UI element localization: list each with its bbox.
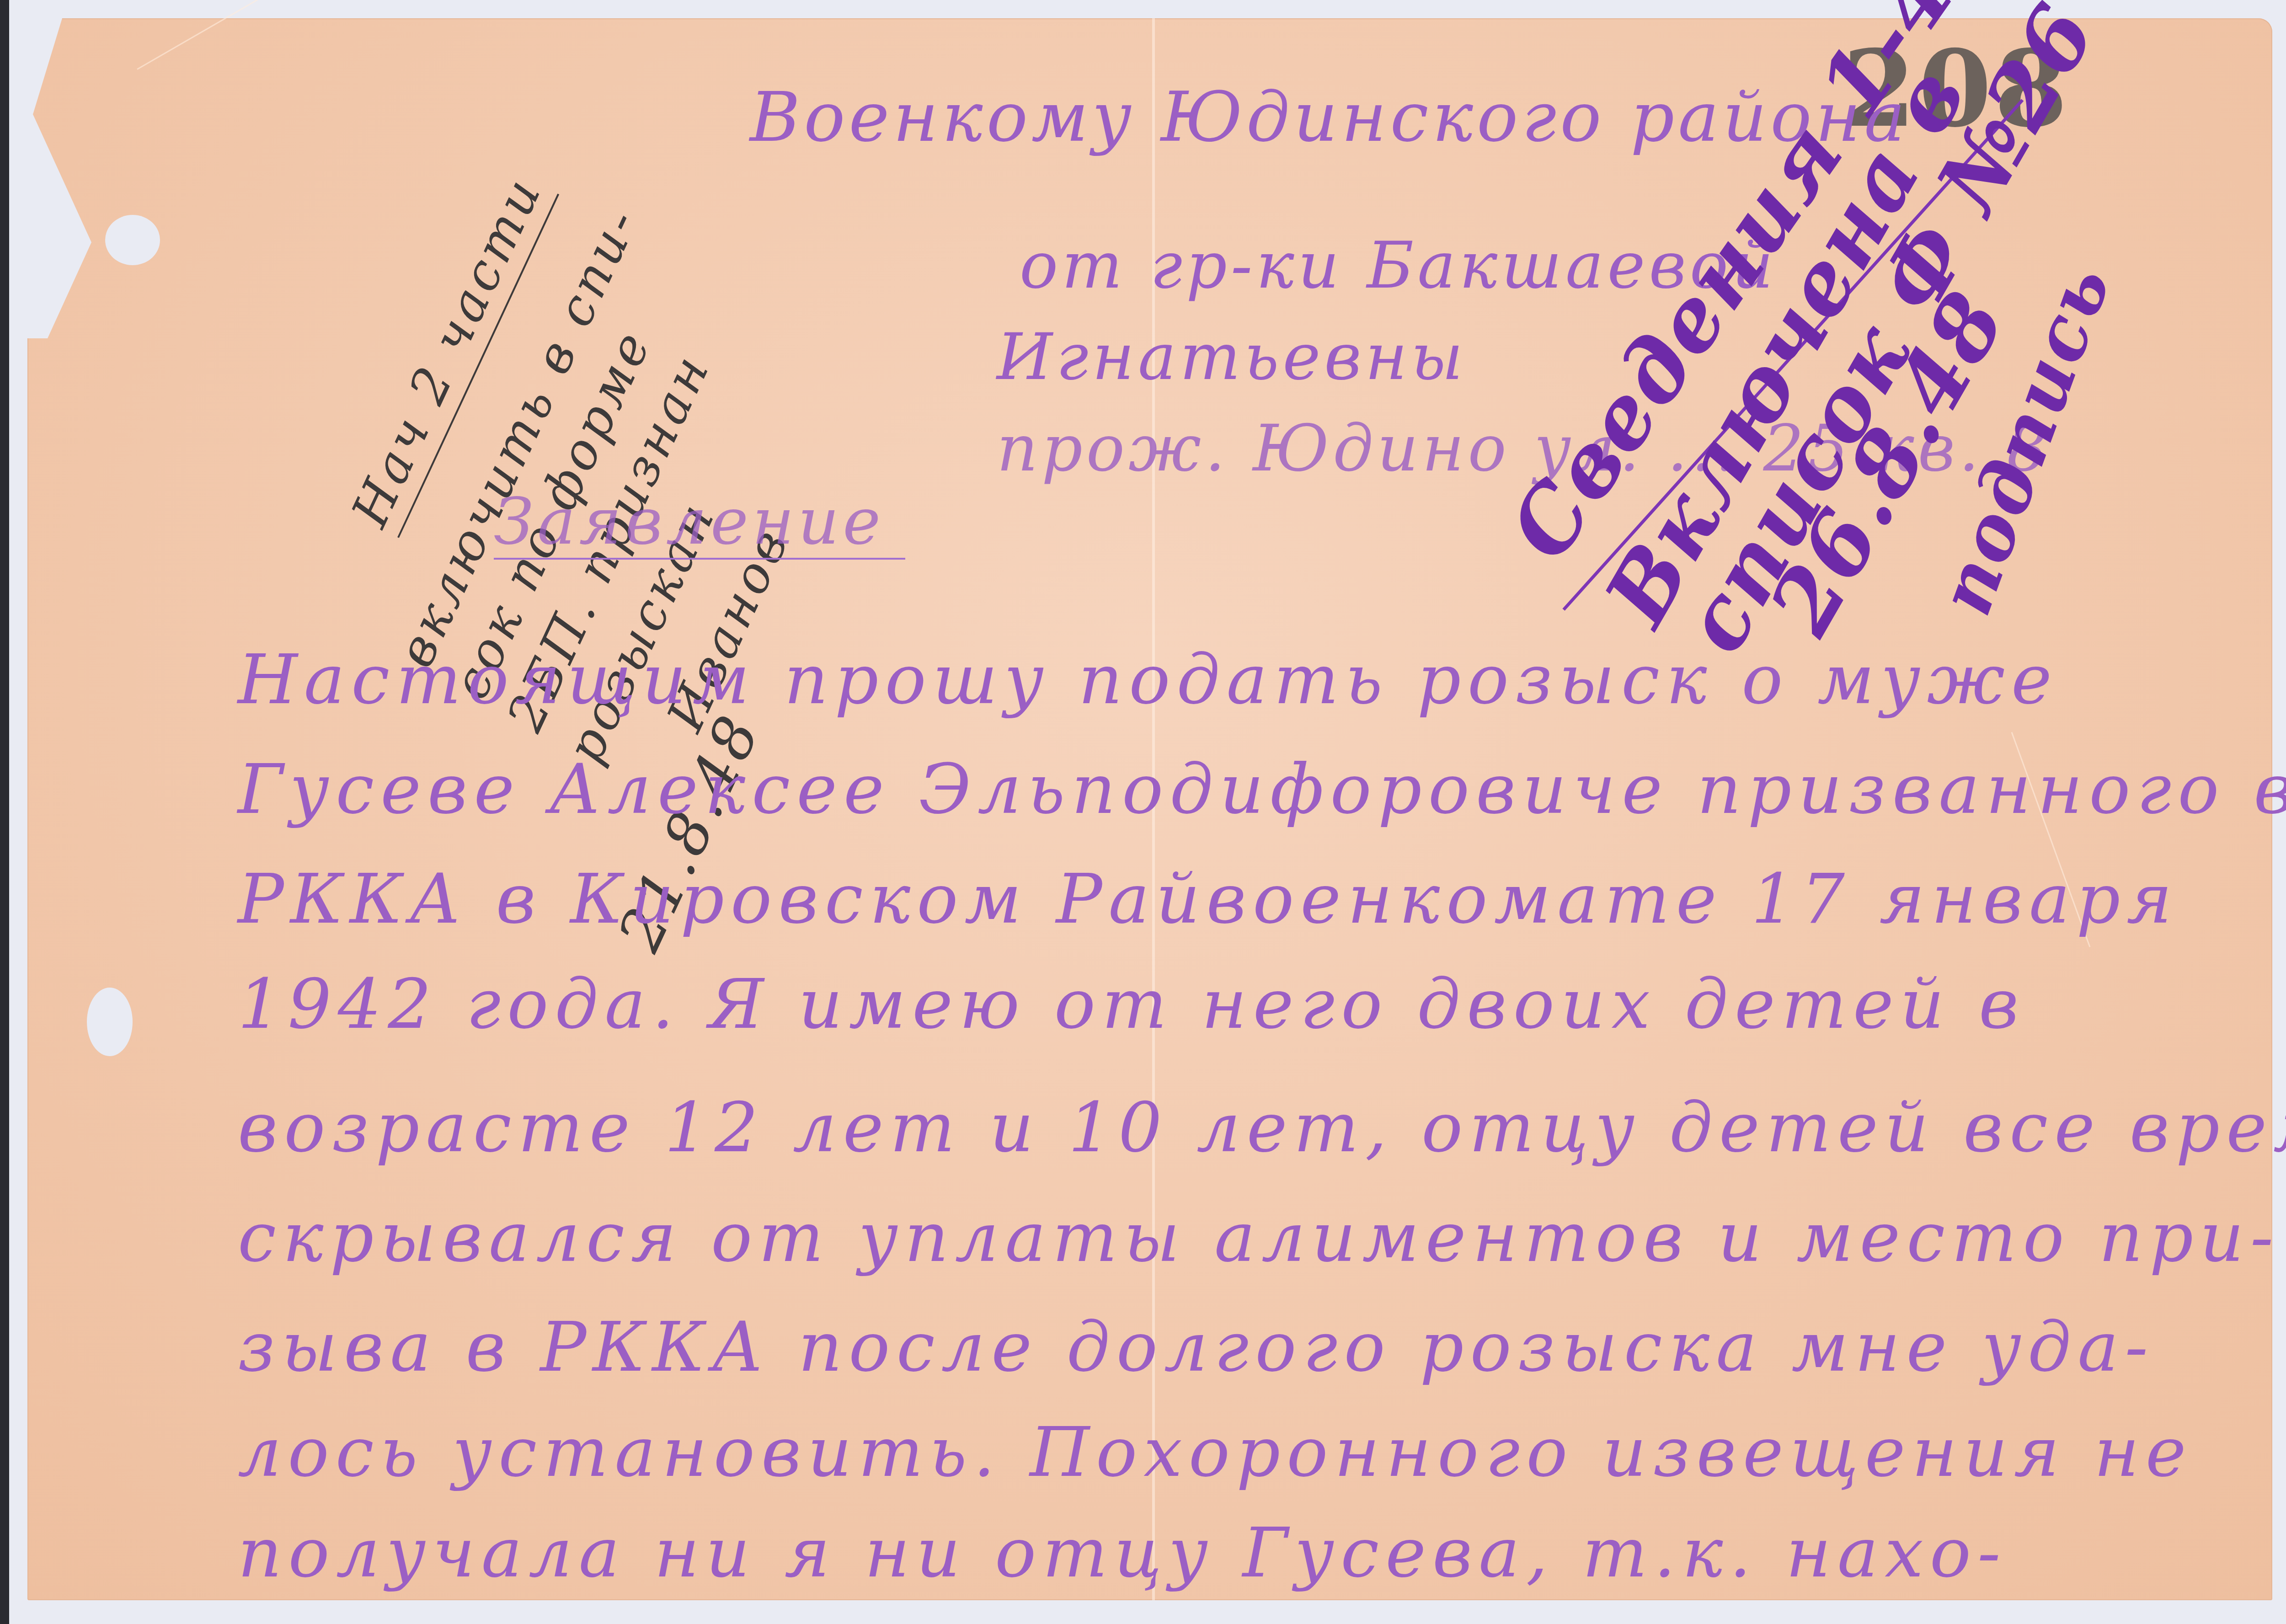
body-line: зыва в РККА после долгого розыска мне уд… <box>238 1308 2154 1387</box>
strike-line <box>494 558 905 560</box>
body-line: получала ни я ни отцу Гусева, т.к. нахо- <box>238 1513 2007 1593</box>
body-line: скрывался от уплаты алиментов и место пр… <box>238 1198 2280 1277</box>
body-line: возрасте 12 лет и 10 лет, отцу детей все… <box>238 1088 2286 1168</box>
body-line: Гусеве Алексее Эльподифоровиче призванно… <box>238 750 2286 829</box>
punch-hole-top <box>105 215 160 265</box>
body-line: РККА в Кировском Райвоенкомате 17 января <box>238 860 2179 939</box>
body-line: 1942 года. Я имею от него двоих детей в <box>238 965 2025 1044</box>
punch-hole-bottom <box>87 988 133 1056</box>
violet-overwrite: Заявление <box>494 485 884 559</box>
body-line: Настоящим прошу подать розыск о муже <box>238 640 2058 720</box>
scanner-edge <box>0 0 9 1624</box>
body-line: лось установить. Похоронного извещения н… <box>238 1413 2193 1492</box>
sender-line-2: Игнатьевны <box>997 320 1467 395</box>
addressee: Военкому Юдинского района <box>750 78 1909 157</box>
